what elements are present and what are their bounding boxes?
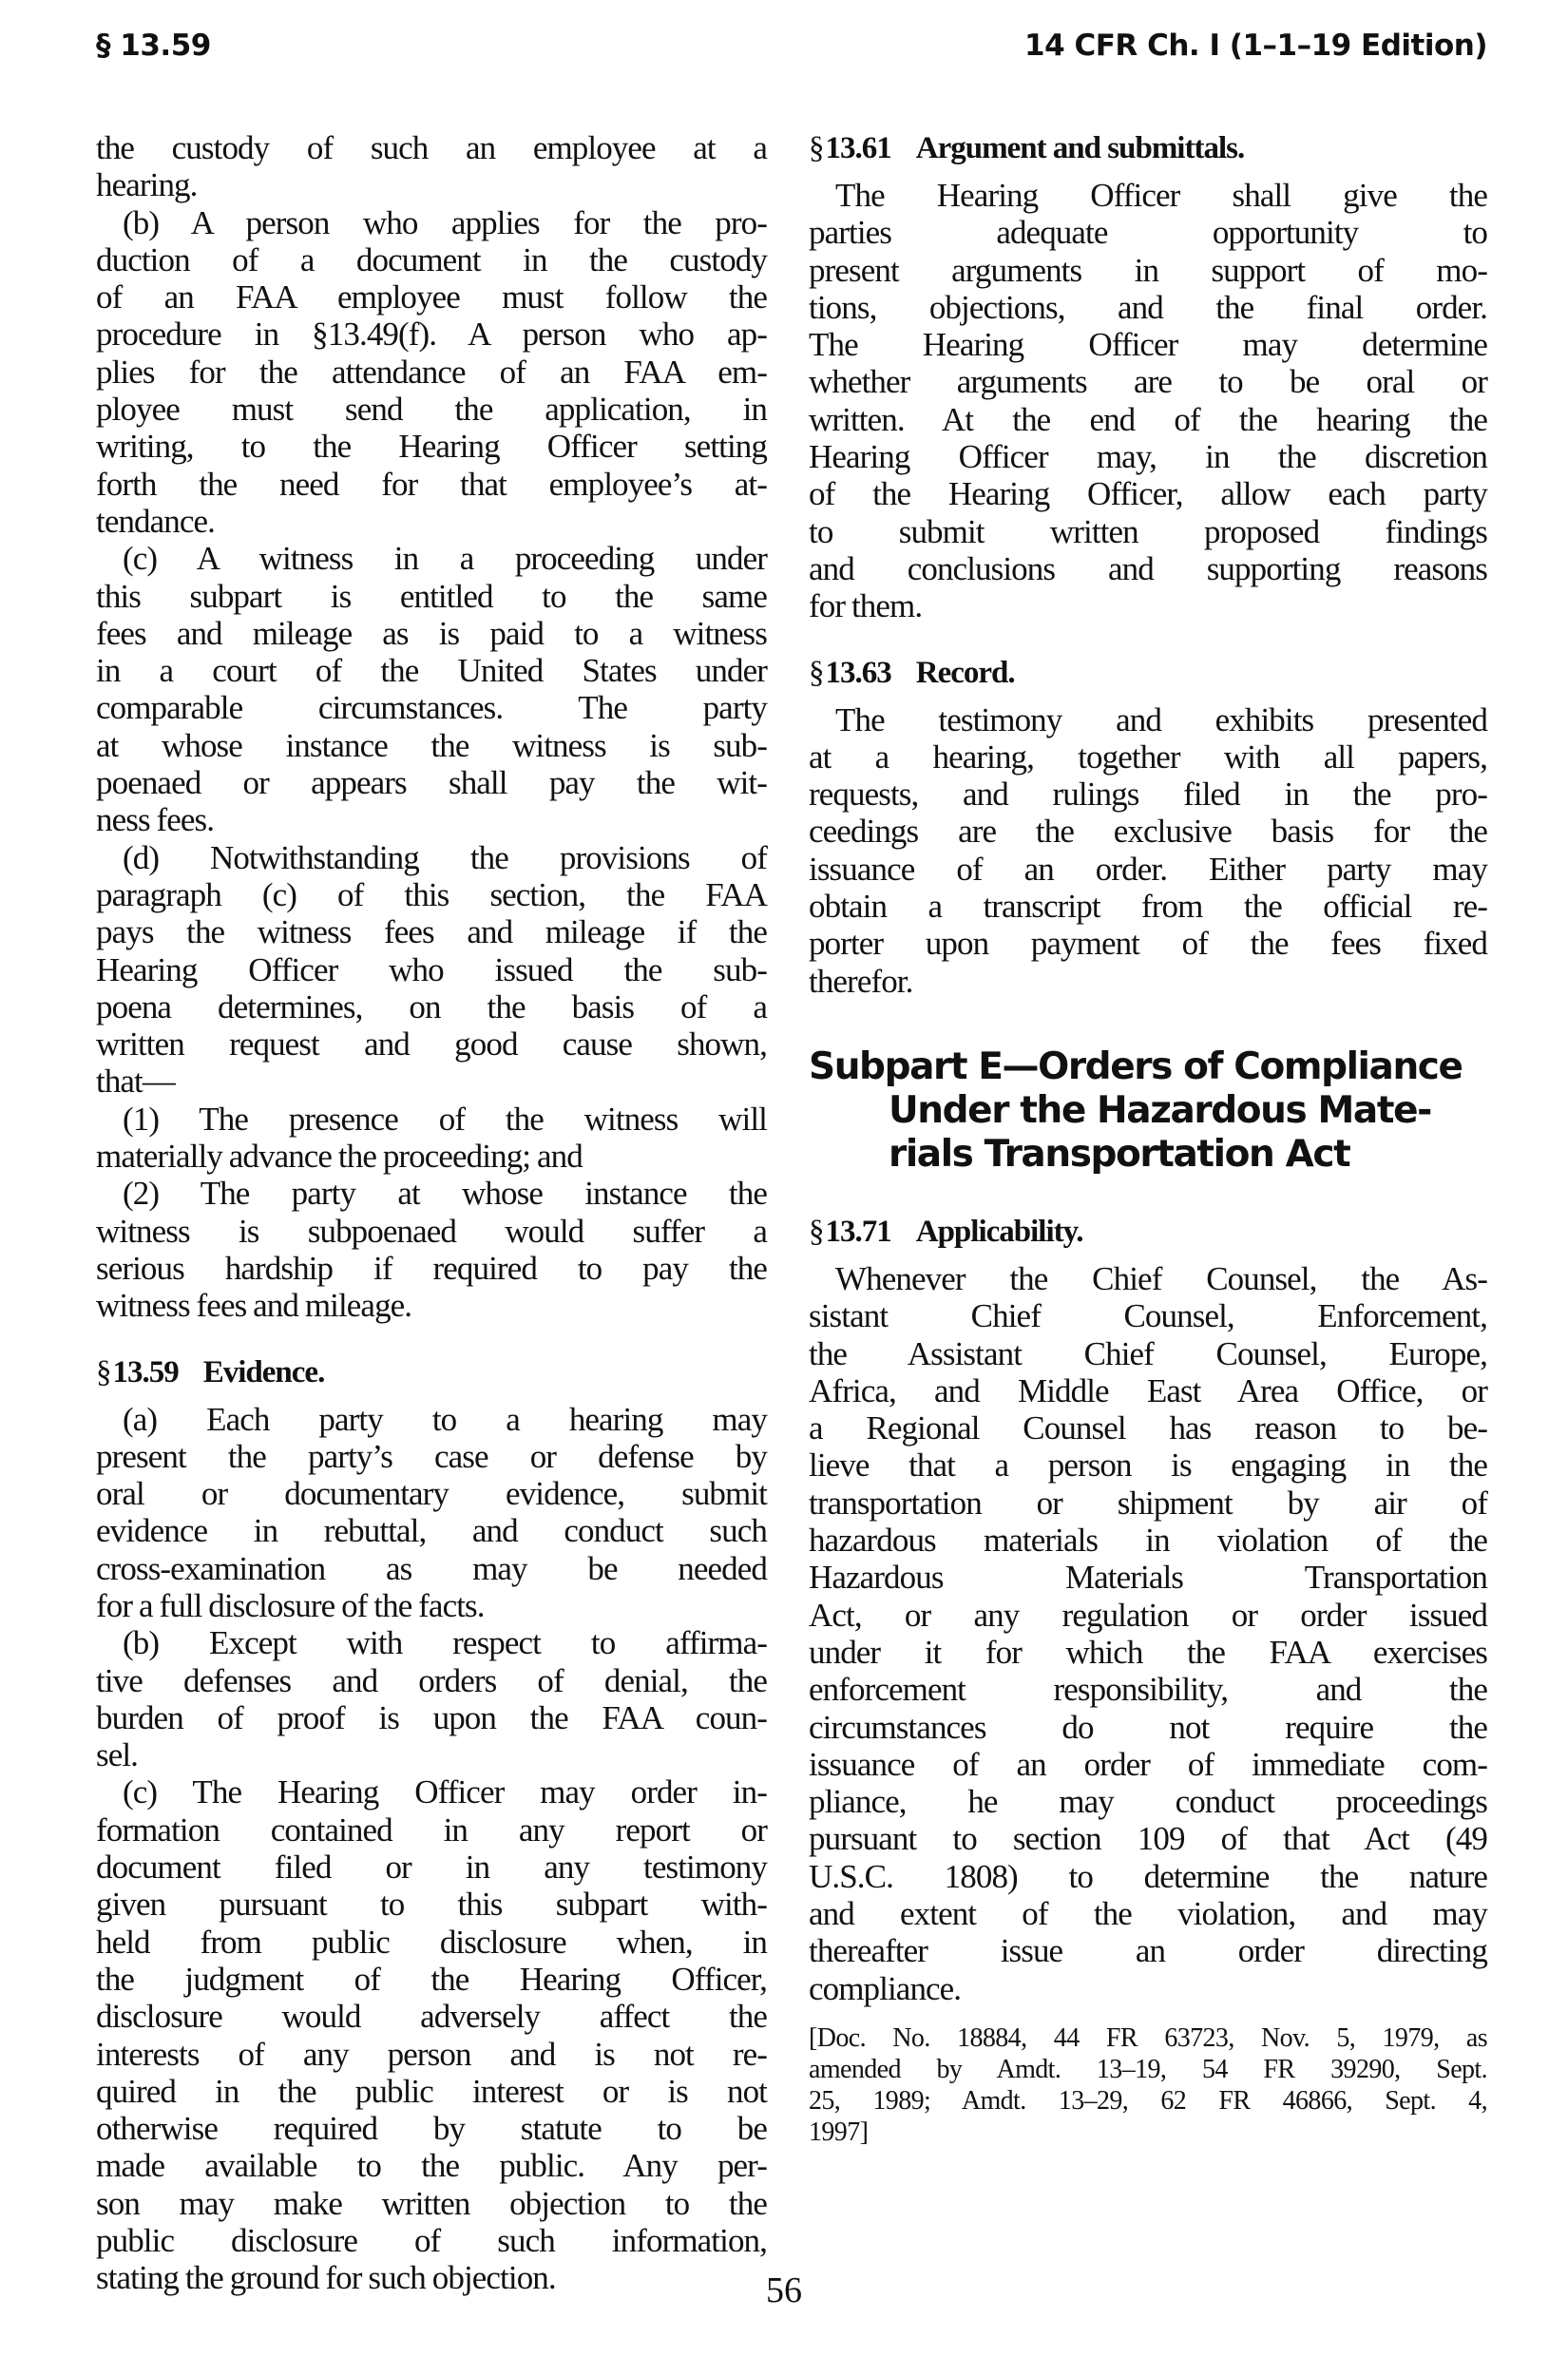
section-title: Record.: [916, 656, 1015, 690]
section-heading-13-61: §13.61Argument and submittals.: [809, 129, 1487, 167]
header-edition: 14 CFR Ch. I (1–1–19 Edition): [1024, 29, 1487, 63]
paragraph-d: (d) Notwithstanding the provisions of pa…: [96, 839, 767, 1101]
text-line: Whenever the Chief Counsel, the As-: [809, 1260, 1487, 1297]
text-line: a Regional Counsel has reason to be-: [809, 1409, 1487, 1447]
text-line: in a court of the United States under: [96, 652, 767, 689]
text-line: paragraph (c) of this section, the FAA: [96, 876, 767, 913]
text-line: whether arguments are to be oral or: [809, 363, 1487, 400]
text-line: (b) A person who applies for the pro-: [96, 204, 767, 241]
text-line: sistant Chief Counsel, Enforcement,: [809, 1297, 1487, 1334]
text-line: present the party’s case or defense by: [96, 1438, 767, 1475]
text-line: cross-examination as may be needed: [96, 1550, 767, 1587]
subpart-heading-line: rials Transportation Act: [809, 1133, 1487, 1177]
text-line: forth the need for that employee’s at-: [96, 466, 767, 503]
text-line: transportation or shipment by air of: [809, 1485, 1487, 1522]
text-line: otherwise required by statute to be: [96, 2110, 767, 2147]
text-line: for a full disclosure of the facts.: [96, 1587, 767, 1624]
argument-paragraph: The Hearing Officer shall give the parti…: [809, 177, 1487, 625]
section-symbol: §: [96, 1355, 111, 1389]
text-line: (c) The Hearing Officer may order in-: [96, 1773, 767, 1811]
text-line: tendance.: [96, 503, 767, 540]
text-line: the judgment of the Hearing Officer,: [96, 1961, 767, 1998]
subpart-heading-line: Under the Hazardous Mate-: [809, 1089, 1406, 1133]
text-line: The Hearing Officer shall give the: [809, 177, 1487, 214]
section-heading-13-63: §13.63Record.: [809, 654, 1487, 692]
text-line: writing, to the Hearing Officer setting: [96, 428, 767, 465]
text-line: written. At the end of the hearing the: [809, 401, 1487, 438]
evidence-paragraph-a: (a) Each party to a hearing may present …: [96, 1401, 767, 1625]
text-line: The testimony and exhibits presented: [809, 701, 1487, 738]
section-number: 13.59: [113, 1355, 179, 1389]
text-line: disclosure would adversely affect the: [96, 1998, 767, 2035]
running-head: § 13.59 14 CFR Ch. I (1–1–19 Edition): [96, 29, 1487, 76]
text-line: burden of proof is upon the FAA coun-: [96, 1699, 767, 1736]
text-line: ness fees.: [96, 801, 767, 838]
paragraph-d2: (2) The party at whose instance the witn…: [96, 1175, 767, 1324]
text-line: pliance, he may conduct proceedings: [809, 1783, 1487, 1820]
text-line: materially advance the proceeding; and: [96, 1138, 767, 1175]
citation-line: 25, 1989; Amdt. 13–29, 62 FR 46866, Sept…: [809, 2085, 1487, 2117]
text-line: the Assistant Chief Counsel, Europe,: [809, 1335, 1487, 1372]
text-line: at a hearing, together with all papers,: [809, 738, 1487, 776]
text-line: quired in the public interest or is not: [96, 2073, 767, 2110]
header-section-ref: § 13.59: [96, 29, 211, 63]
continuation-paragraph: the custody of such an employee at a hea…: [96, 129, 767, 204]
source-citation: [Doc. No. 18884, 44 FR 63723, Nov. 5, 19…: [809, 2022, 1487, 2148]
right-column: §13.61Argument and submittals. The Heari…: [809, 129, 1487, 2148]
text-line: pays the witness fees and mileage if the: [96, 913, 767, 950]
text-line: (a) Each party to a hearing may: [96, 1401, 767, 1438]
applicability-paragraph: Whenever the Chief Counsel, the As- sist…: [809, 1260, 1487, 2007]
text-line: interests of any person and is not re-: [96, 2036, 767, 2073]
text-line: held from public disclosure when, in: [96, 1924, 767, 1961]
page-number: 56: [0, 2270, 1568, 2311]
text-line: the custody of such an employee at a: [96, 129, 767, 166]
text-line: given pursuant to this subpart with-: [96, 1886, 767, 1923]
text-line: U.S.C. 1808) to determine the nature: [809, 1858, 1487, 1895]
text-line: hearing.: [96, 166, 767, 203]
text-line: (d) Notwithstanding the provisions of: [96, 839, 767, 876]
text-line: document filed or in any testimony: [96, 1849, 767, 1886]
text-line: formation contained in any report or: [96, 1811, 767, 1849]
text-line: this subpart is entitled to the same: [96, 578, 767, 615]
citation-line: 1997]: [809, 2117, 1487, 2148]
subpart-heading: Subpart E—Orders of Compliance Under the…: [809, 1045, 1487, 1177]
text-line: Act, or any regulation or order issued: [809, 1597, 1487, 1634]
text-line: plies for the attendance of an FAA em-: [96, 354, 767, 391]
text-line: at whose instance the witness is sub-: [96, 727, 767, 764]
text-line: and conclusions and supporting reasons: [809, 550, 1487, 587]
text-line: witness fees and mileage.: [96, 1287, 767, 1324]
paragraph-d1: (1) The presence of the witness will mat…: [96, 1101, 767, 1176]
text-line: procedure in §13.49(f). A person who ap-: [96, 316, 767, 353]
section-heading-13-59: §13.59Evidence.: [96, 1353, 767, 1391]
text-line: comparable circumstances. The party: [96, 689, 767, 726]
text-line: that—: [96, 1063, 767, 1100]
text-line: poenaed or appears shall pay the wit-: [96, 764, 767, 801]
text-line: enforcement responsibility, and the: [809, 1671, 1487, 1708]
text-line: under it for which the FAA exercises: [809, 1634, 1487, 1671]
text-line: (2) The party at whose instance the: [96, 1175, 767, 1212]
section-number: 13.61: [826, 131, 891, 165]
section-title: Argument and submittals.: [916, 131, 1244, 165]
citation-line: [Doc. No. 18884, 44 FR 63723, Nov. 5, 19…: [809, 2022, 1487, 2054]
evidence-paragraph-c: (c) The Hearing Officer may order in- fo…: [96, 1773, 767, 2296]
text-line: poena determines, on the basis of a: [96, 988, 767, 1025]
text-line: (b) Except with respect to affirma-: [96, 1624, 767, 1661]
citation-line: amended by Amdt. 13–19, 54 FR 39290, Sep…: [809, 2054, 1487, 2085]
text-line: pursuant to section 109 of that Act (49: [809, 1820, 1487, 1857]
subpart-heading-line: Subpart E—Orders of Compliance: [809, 1045, 1487, 1089]
text-line: porter upon payment of the fees fixed: [809, 925, 1487, 962]
text-line: Africa, and Middle East Area Office, or: [809, 1372, 1487, 1409]
text-line: The Hearing Officer may determine: [809, 326, 1487, 363]
text-line: made available to the public. Any per-: [96, 2147, 767, 2184]
text-line: present arguments in support of mo-: [809, 252, 1487, 289]
text-line: duction of a document in the custody: [96, 241, 767, 278]
section-symbol: §: [809, 1215, 824, 1249]
paragraph-c: (c) A witness in a proceeding under this…: [96, 540, 767, 838]
text-line: evidence in rebuttal, and conduct such: [96, 1512, 767, 1549]
text-line: issuance of an order. Either party may: [809, 851, 1487, 888]
text-line: public disclosure of such information,: [96, 2222, 767, 2259]
text-line: (1) The presence of the witness will: [96, 1101, 767, 1138]
section-number: 13.63: [826, 656, 891, 690]
text-line: fees and mileage as is paid to a witness: [96, 615, 767, 652]
text-line: issuance of an order of immediate com-: [809, 1746, 1487, 1783]
section-number: 13.71: [826, 1215, 891, 1249]
left-column: the custody of such an employee at a hea…: [96, 129, 767, 2297]
text-line: Hearing Officer may, in the discretion: [809, 438, 1487, 475]
text-line: serious hardship if required to pay the: [96, 1250, 767, 1287]
text-line: obtain a transcript from the official re…: [809, 888, 1487, 925]
text-line: to submit written proposed findings: [809, 513, 1487, 550]
text-line: (c) A witness in a proceeding under: [96, 540, 767, 577]
text-line: tions, objections, and the final order.: [809, 289, 1487, 326]
text-line: written request and good cause shown,: [96, 1025, 767, 1063]
text-line: son may make written objection to the: [96, 2185, 767, 2222]
text-line: oral or documentary evidence, submit: [96, 1475, 767, 1512]
text-line: Hearing Officer who issued the sub-: [96, 951, 767, 988]
section-title: Applicability.: [916, 1215, 1083, 1249]
text-line: ceedings are the exclusive basis for the: [809, 813, 1487, 850]
text-line: sel.: [96, 1736, 767, 1773]
section-title: Evidence.: [203, 1355, 325, 1389]
text-line: witness is subpoenaed would suffer a: [96, 1213, 767, 1250]
text-line: and extent of the violation, and may: [809, 1895, 1487, 1932]
section-symbol: §: [809, 656, 824, 690]
text-line: therefor.: [809, 963, 1487, 1000]
text-line: ployee must send the application, in: [96, 391, 767, 428]
text-line: tive defenses and orders of denial, the: [96, 1662, 767, 1699]
text-line: thereafter issue an order directing: [809, 1932, 1487, 1969]
record-paragraph: The testimony and exhibits presented at …: [809, 701, 1487, 1000]
text-line: of an FAA employee must follow the: [96, 278, 767, 316]
text-line: requests, and rulings filed in the pro-: [809, 776, 1487, 813]
text-line: Hazardous Materials Transportation: [809, 1559, 1487, 1596]
text-line: for them.: [809, 587, 1487, 624]
text-line: parties adequate opportunity to: [809, 214, 1487, 251]
section-symbol: §: [809, 131, 824, 165]
text-line: compliance.: [809, 1970, 1487, 2007]
section-heading-13-71: §13.71Applicability.: [809, 1213, 1487, 1251]
evidence-paragraph-b: (b) Except with respect to affirma- tive…: [96, 1624, 767, 1773]
text-line: hazardous materials in violation of the: [809, 1522, 1487, 1559]
text-line: of the Hearing Officer, allow each party: [809, 475, 1487, 512]
text-line: lieve that a person is engaging in the: [809, 1447, 1487, 1484]
paragraph-b: (b) A person who applies for the pro- du…: [96, 204, 767, 541]
text-line: circumstances do not require the: [809, 1709, 1487, 1746]
